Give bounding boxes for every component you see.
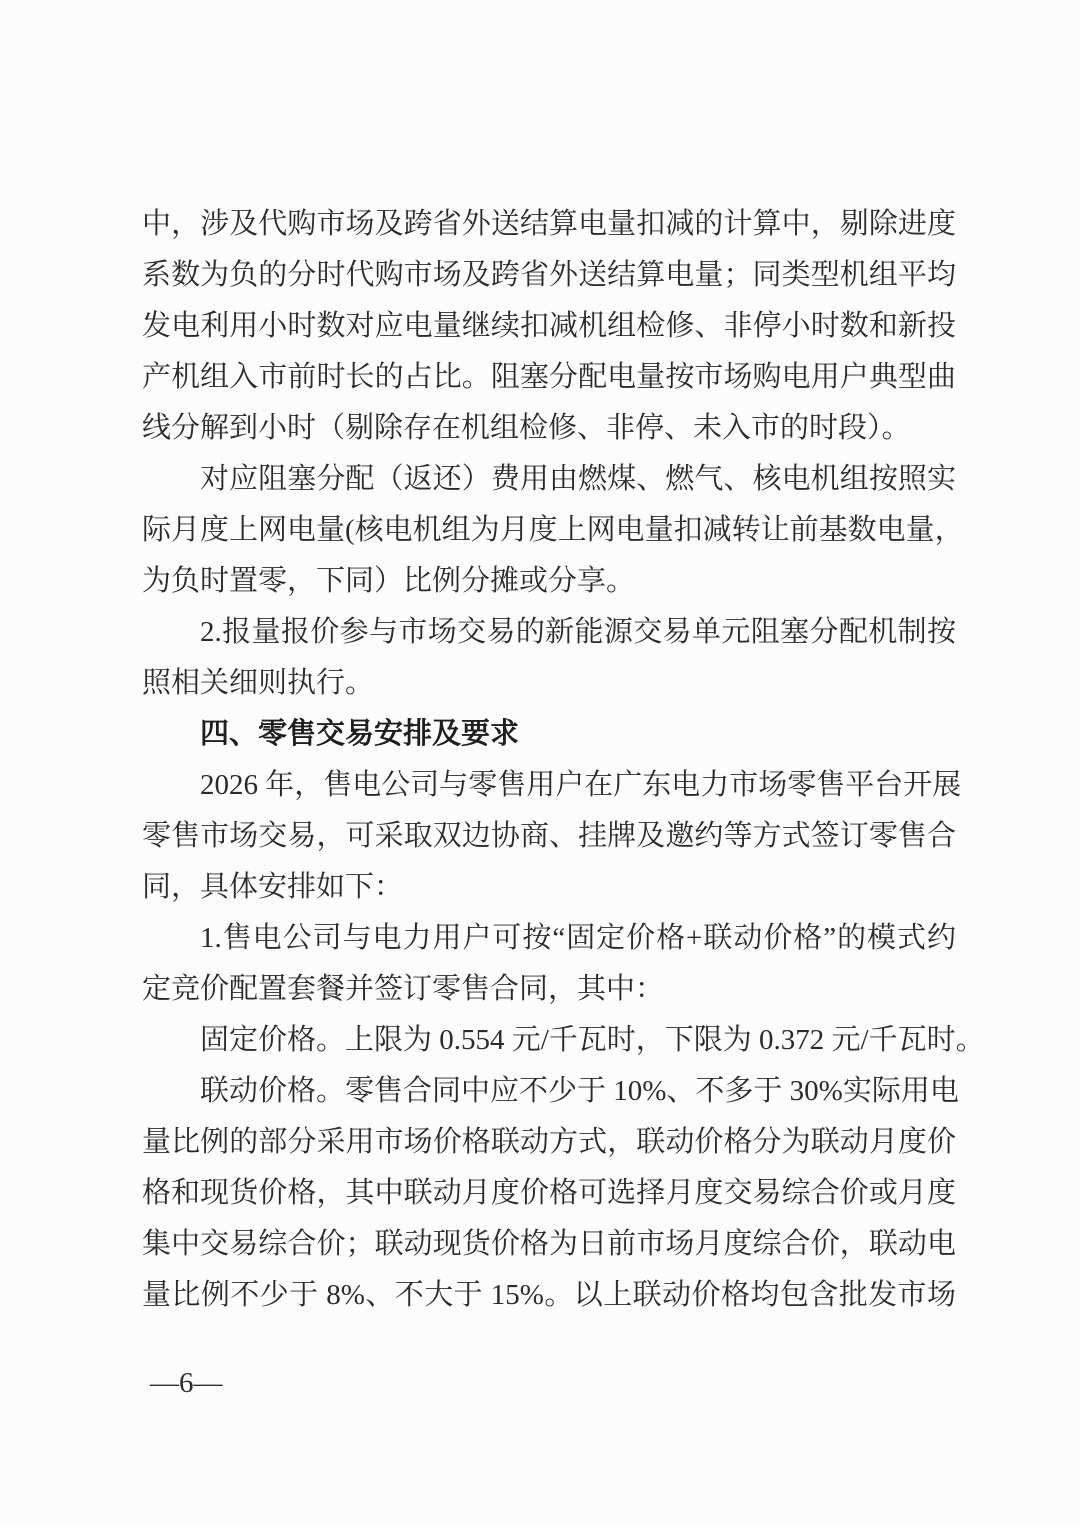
- text-line: 格和现货价格，其中联动月度价格可选择月度交易综合价或月度: [142, 1168, 956, 1219]
- section-heading: 四、零售交易安排及要求: [142, 709, 956, 760]
- text-line: 对应阻塞分配（返还）费用由燃煤、燃气、核电机组按照实: [142, 454, 956, 505]
- text-line: 际月度上网电量(核电机组为月度上网电量扣减转让前基数电量，: [142, 505, 956, 556]
- text-line: 同，具体安排如下：: [142, 862, 956, 913]
- document-page: 中，涉及代购市场及跨省外送结算电量扣减的计算中，剔除进度系数为负的分时代购市场及…: [0, 0, 1080, 1527]
- text-line: 系数为负的分时代购市场及跨省外送结算电量；同类型机组平均: [142, 250, 956, 301]
- text-line: 联动价格。零售合同中应不少于 10%、不多于 30%实际用电: [142, 1066, 956, 1117]
- text-line: 2.报量报价参与市场交易的新能源交易单元阻塞分配机制按: [142, 607, 956, 658]
- text-line: 固定价格。上限为 0.554 元/千瓦时，下限为 0.372 元/千瓦时。: [142, 1015, 956, 1066]
- text-line: 为负时置零，下同）比例分摊或分享。: [142, 556, 956, 607]
- text-block: 中，涉及代购市场及跨省外送结算电量扣减的计算中，剔除进度系数为负的分时代购市场及…: [142, 199, 956, 1321]
- text-line: 1.售电公司与电力用户可按“固定价格+联动价格”的模式约: [142, 913, 956, 964]
- text-line: 2026 年，售电公司与零售用户在广东电力市场零售平台开展: [142, 760, 956, 811]
- text-line: 量比例的部分采用市场价格联动方式，联动价格分为联动月度价: [142, 1117, 956, 1168]
- page-number: —6—: [150, 1366, 223, 1400]
- text-line: 量比例不少于 8%、不大于 15%。以上联动价格均包含批发市场: [142, 1270, 956, 1321]
- text-line: 中，涉及代购市场及跨省外送结算电量扣减的计算中，剔除进度: [142, 199, 956, 250]
- text-line: 集中交易综合价；联动现货价格为日前市场月度综合价，联动电: [142, 1219, 956, 1270]
- text-line: 照相关细则执行。: [142, 658, 956, 709]
- text-line: 零售市场交易，可采取双边协商、挂牌及邀约等方式签订零售合: [142, 811, 956, 862]
- text-line: 产机组入市前时长的占比。阻塞分配电量按市场购电用户典型曲: [142, 352, 956, 403]
- text-line: 定竞价配置套餐并签订零售合同，其中：: [142, 964, 956, 1015]
- text-line: 发电利用小时数对应电量继续扣减机组检修、非停小时数和新投: [142, 301, 956, 352]
- text-line: 线分解到小时（剔除存在机组检修、非停、未入市的时段）。: [142, 403, 956, 454]
